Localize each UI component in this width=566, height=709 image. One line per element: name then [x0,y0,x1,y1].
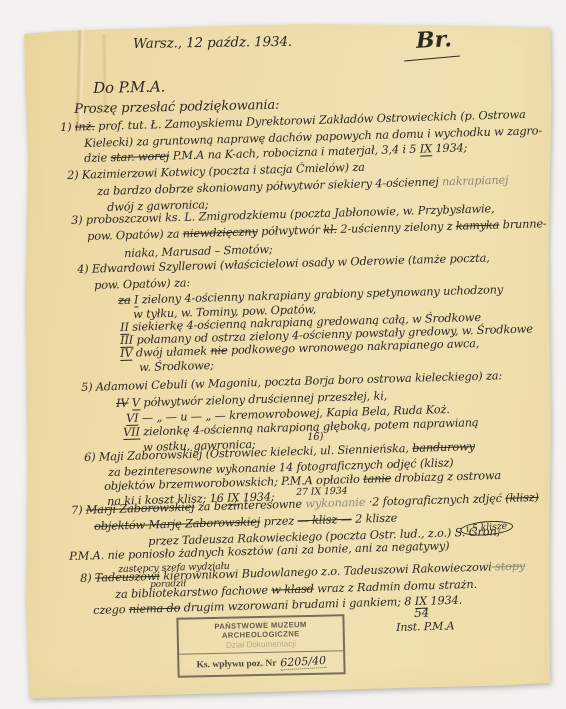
handwritten-line: Warsz., 12 paźdz. 1934. [133,34,292,52]
stamp-entry-number: 6205/40 [280,654,326,671]
paper-crease [101,34,107,110]
handwritten-line: pow. Opatów) za: [94,276,190,292]
stamp-entry-label: Ks. wpływu poz. Nr [196,659,276,671]
handwritten-line: 16) [307,432,323,443]
monogram-initials: Br. [415,26,452,54]
handwritten-line: Do P.M.A. [93,77,165,97]
handwritten-line: 54 [414,606,429,620]
handwritten-line: Inst. P.M.A [396,619,455,634]
museum-accession-stamp: PAŃSTWOWE MUZEUM ARCHEOLOGICZNE Dział Do… [176,614,345,678]
handwritten-line: w. Środkowe; [139,359,214,374]
